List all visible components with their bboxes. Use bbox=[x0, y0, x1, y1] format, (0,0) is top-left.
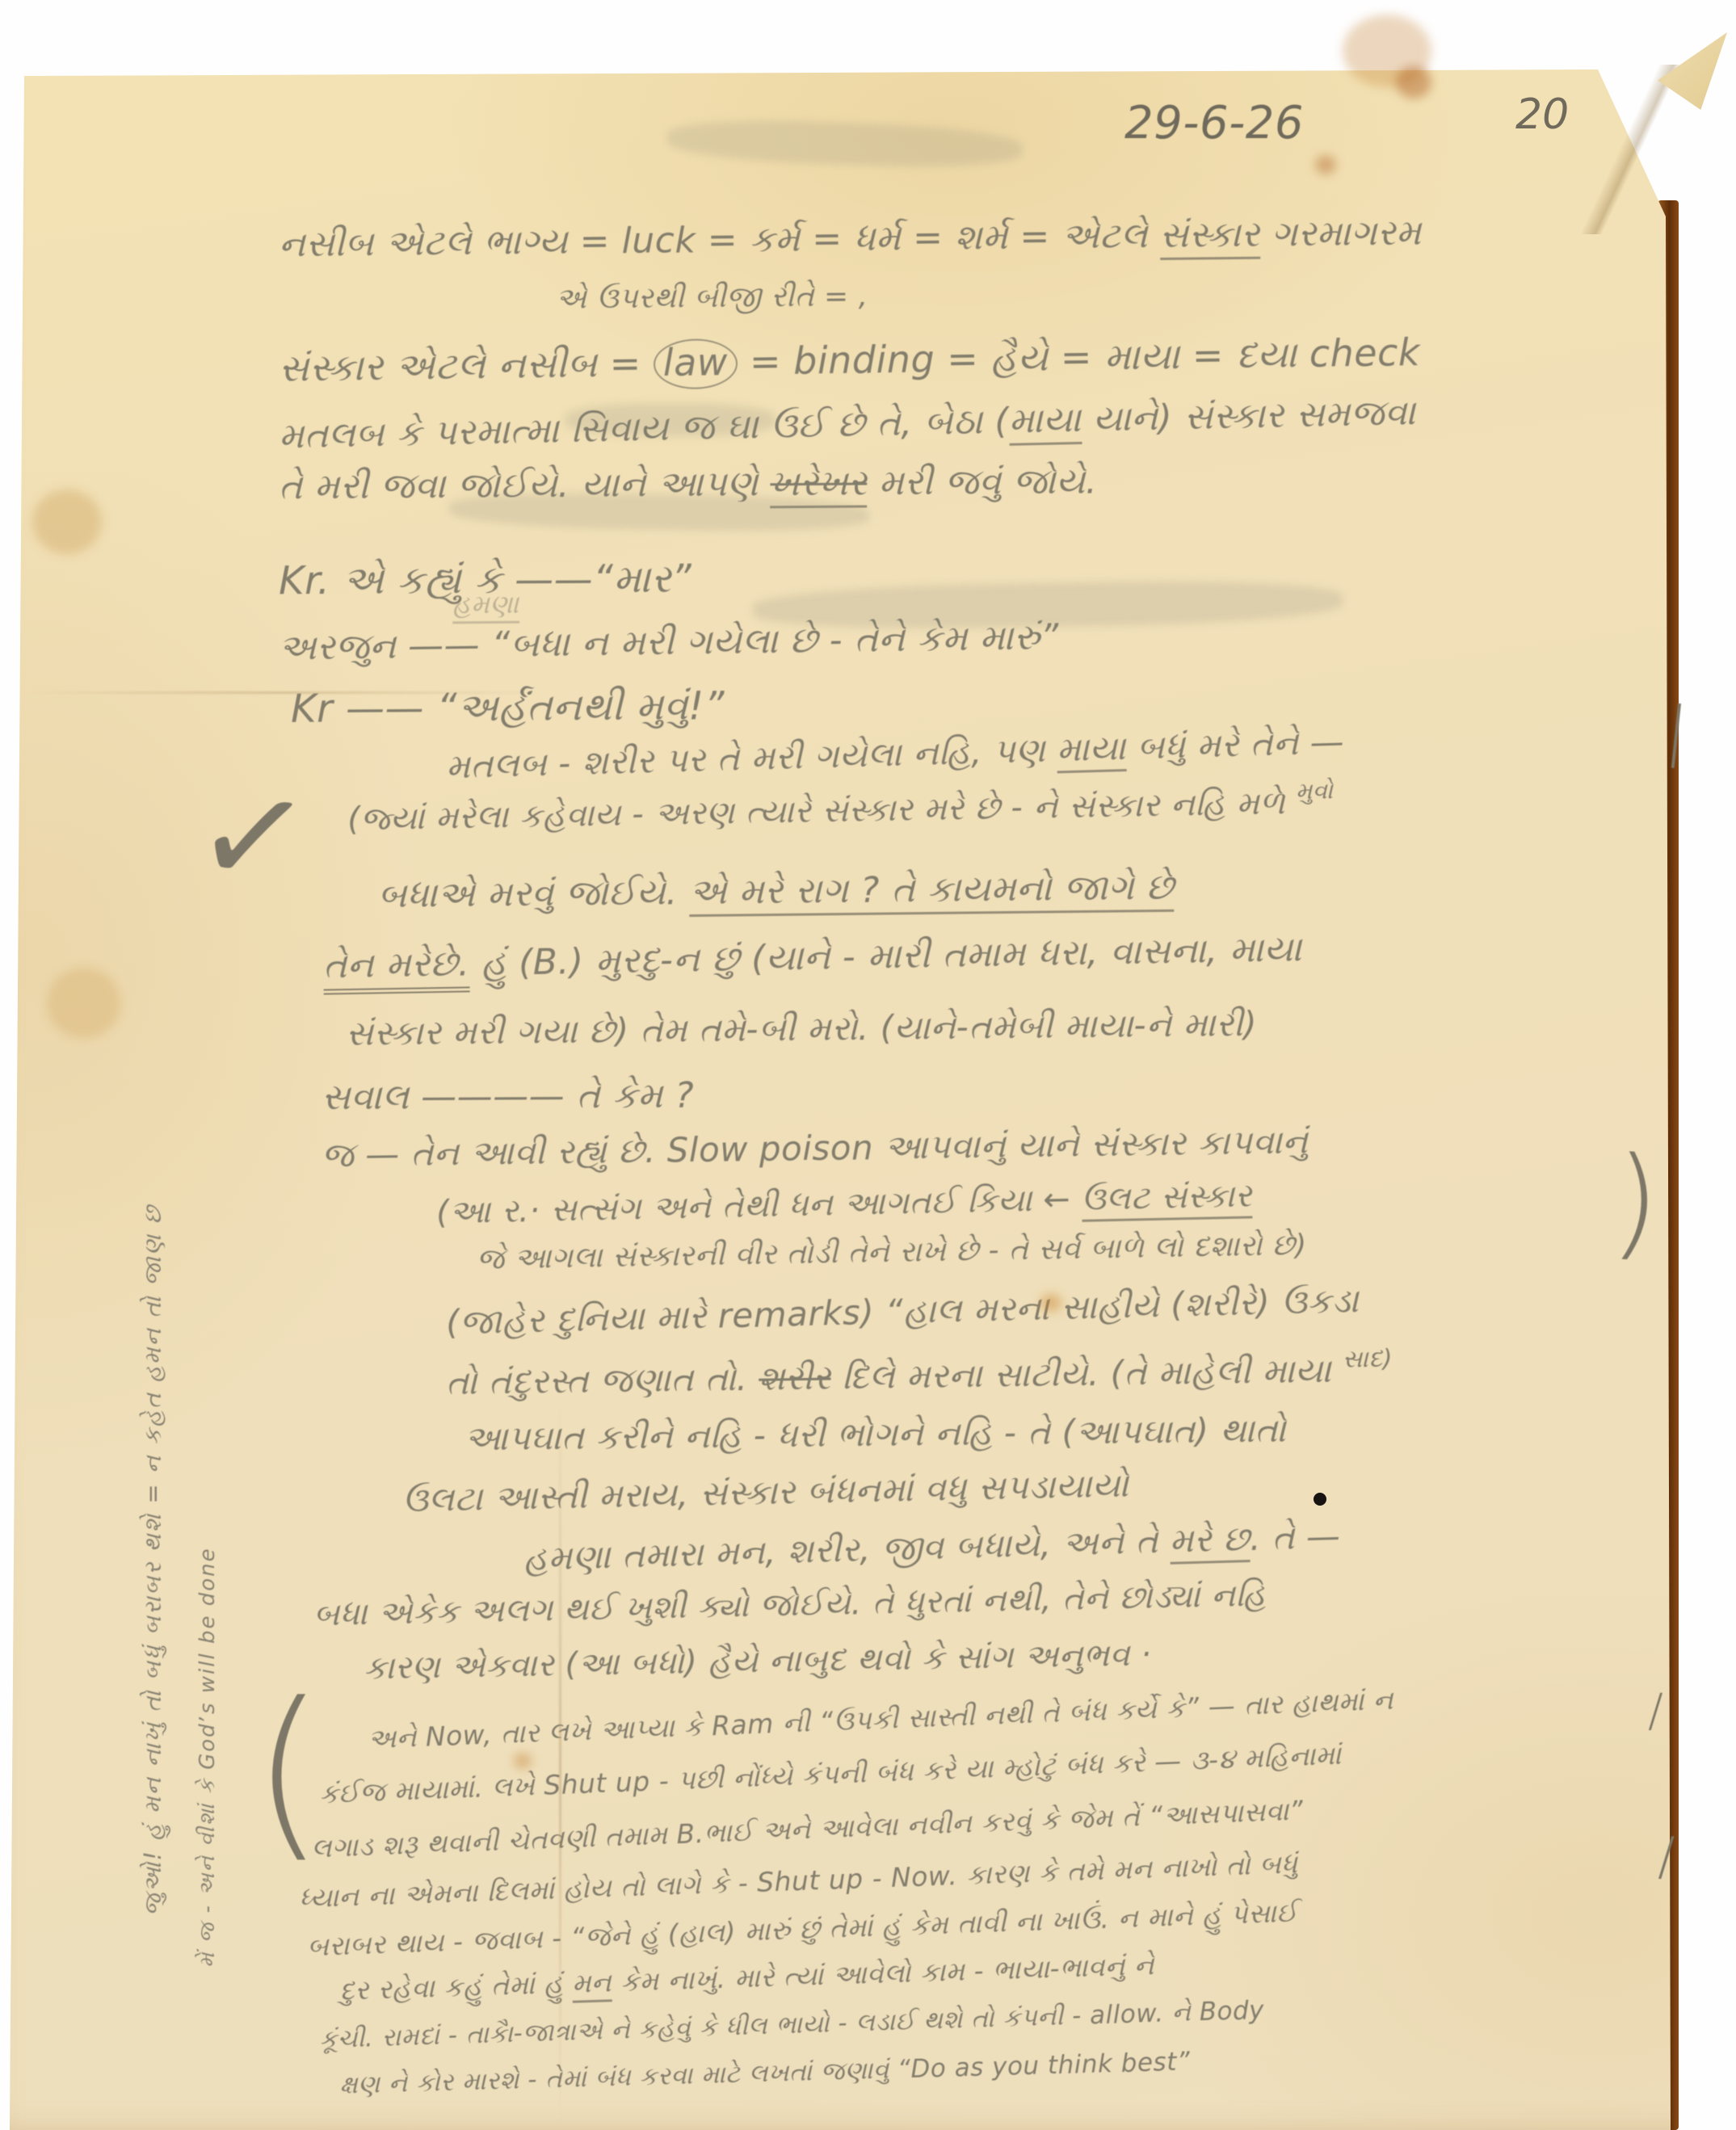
handwriting-segment: બધું મરે તેને — bbox=[1125, 721, 1345, 767]
handwriting-line: સવાલ ———— તે કેમ ? bbox=[322, 1073, 694, 1120]
date-text: 29-6-26 bbox=[1124, 97, 1304, 149]
handwriting-segment: મરી જવું જોયે. bbox=[867, 460, 1097, 503]
handwriting-line: Kr —— “અર્હંતનથી મુવું!” bbox=[291, 682, 725, 733]
paper-stain bbox=[1396, 66, 1431, 99]
handwriting-segment: દુર રહેવા કહું તેમાં હું bbox=[339, 1968, 573, 2006]
margin-note-vertical: મેં જ - અને વીશાં કે Godʼs will be done bbox=[195, 1547, 221, 1968]
handwriting-segment: તો તંદુરસ્ત જણાત તો. bbox=[446, 1359, 759, 1402]
pencil-mark-checkmark: ✓ bbox=[185, 750, 322, 925]
handwriting-line: હમણા bbox=[452, 588, 519, 621]
handwriting-segment: સવાલ ———— તે કેમ ? bbox=[322, 1075, 694, 1118]
paper-stain bbox=[1040, 1294, 1061, 1312]
handwriting-segment: = binding = હૈયે = માયા = દયા check bbox=[738, 330, 1421, 384]
handwriting-segment: સંસ્કાર bbox=[1159, 214, 1260, 260]
scanned-manuscript-page: 29-6-26 20 નસીબ એટલે ભાગ્ય = luck = કર્મ… bbox=[0, 0, 1736, 2130]
pencil-mark-stroke: / bbox=[1648, 1685, 1663, 1737]
handwriting-segment: આપઘાત કરીને નહિ - ધરી ભોગને નહિ - તે (આપ… bbox=[464, 1410, 1287, 1459]
handwriting-segment: મુવો bbox=[1296, 776, 1334, 805]
handwriting-segment: મરે છ bbox=[1169, 1519, 1251, 1565]
handwriting-segment: સંસ્કાર એટલે નસીબ = bbox=[279, 341, 654, 389]
handwriting-segment: શરીર bbox=[759, 1358, 831, 1398]
paper-stain bbox=[1315, 155, 1336, 174]
handwriting-segment: માયા bbox=[1057, 728, 1127, 773]
ink-blot bbox=[1314, 1493, 1326, 1506]
paper-crease bbox=[24, 691, 541, 694]
handwriting-segment: નસીબ એટલે ભાગ્ય = luck = કર્મ = ધર્મ = શ… bbox=[279, 215, 1160, 265]
handwriting-segment: એ મરે રાગ ? તે કાયમનો જાગે છે bbox=[689, 867, 1175, 917]
handwriting-segment: law bbox=[653, 338, 738, 389]
paper-stain bbox=[47, 968, 121, 1039]
corner-fold-shadow bbox=[1582, 65, 1687, 234]
handwriting-segment: ગરમાગરમ bbox=[1259, 212, 1422, 255]
handwriting-line: એ ઉપરથી બીજી રીતે = , bbox=[556, 278, 868, 317]
handwriting-segment: ઉલટ સંસ્કાર bbox=[1081, 1177, 1252, 1221]
handwriting-segment: યાને) સંસ્કાર સમજવા bbox=[1081, 392, 1416, 440]
pencil-mark-stroke: ( bbox=[252, 1664, 325, 1880]
handwriting-segment: એ ઉપરથી બીજી રીતે = , bbox=[556, 279, 868, 315]
erased-text-smudge bbox=[565, 404, 776, 436]
handwriting-segment: દિલે મરના સાટીયે. (તે માહેલી માયા bbox=[830, 1351, 1343, 1397]
handwriting-line: બધાએ મરવું જોઈયે. એ મરે રાગ ? તે કાયમનો … bbox=[378, 865, 1175, 918]
handwriting-segment: સાદ) bbox=[1343, 1345, 1393, 1374]
paper-crease bbox=[559, 1405, 561, 2124]
paper-stain bbox=[32, 489, 102, 554]
handwriting-segment: હમણા bbox=[452, 589, 519, 624]
handwriting-segment: સંસ્કાર મરી ગયા છે) તેમ તમે-બી મરો. (યાન… bbox=[346, 1004, 1258, 1053]
page-number: 20 bbox=[1515, 90, 1569, 139]
pencil-mark-stroke: / bbox=[1658, 1827, 1675, 1887]
paper-stain bbox=[514, 1753, 532, 1769]
margin-note-vertical: જુઓ! હું મન નાખું તો બધું બરાબર થશે = ન … bbox=[139, 1204, 167, 1916]
date-header: 29-6-26 bbox=[1124, 95, 1304, 152]
pencil-mark-stroke: ) bbox=[1608, 1131, 1665, 1275]
handwriting-line: આપઘાત કરીને નહિ - ધરી ભોગને નહિ - તે (આપ… bbox=[464, 1409, 1287, 1460]
handwriting-segment: બધાએ મરવું જોઈયે. bbox=[378, 872, 690, 916]
handwriting-segment: માયા bbox=[1008, 399, 1082, 446]
handwriting-segment: મન bbox=[572, 1966, 612, 2003]
handwriting-segment: . તે — bbox=[1249, 1516, 1341, 1558]
handwriting-segment: તેન મરેછે. bbox=[323, 943, 470, 994]
